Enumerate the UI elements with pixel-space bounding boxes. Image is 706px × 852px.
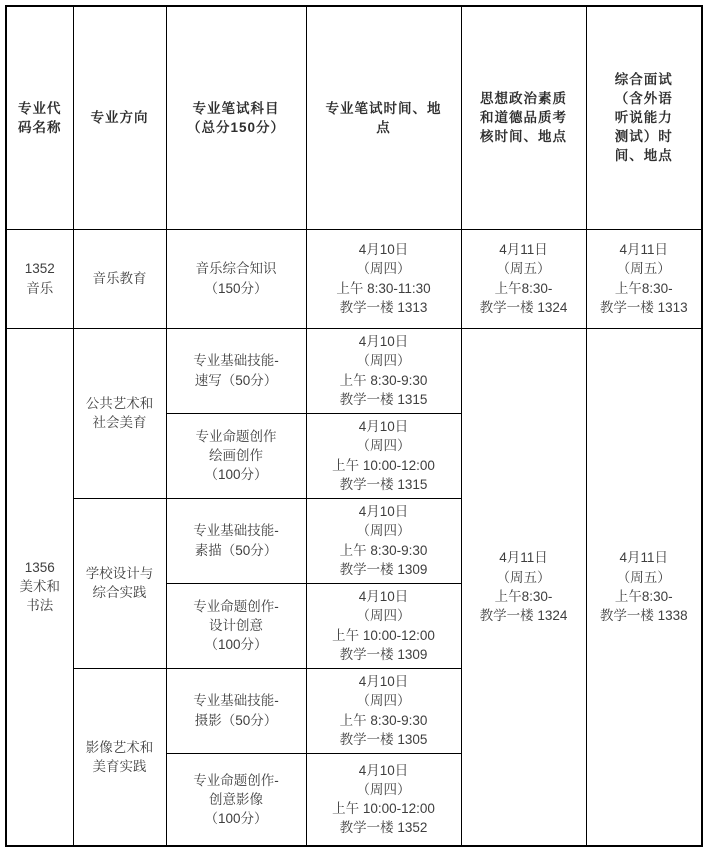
cell-music-direction: 音乐教育 xyxy=(73,229,166,328)
cell-art-direction-media: 影像艺术和 美育实践 xyxy=(73,668,166,846)
cell-subject-painting: 专业命题创作 绘画创作 （100分） xyxy=(166,413,306,498)
cell-music-moral-time: 4月11日 （周五） 上午8:30- 教学一楼 1324 xyxy=(461,229,586,328)
cell-subject-drawing: 专业基础技能- 素描（50分） xyxy=(166,498,306,583)
header-row: 专业代 码名称 专业方向 专业笔试科目 （总分150分） 专业笔试时间、地 点 … xyxy=(6,6,702,229)
cell-subject-sketching: 专业基础技能- 速写（50分） xyxy=(166,328,306,413)
table-row: 1356 美术和 书法 公共艺术和 社会美育 专业基础技能- 速写（50分） 4… xyxy=(6,328,702,413)
header-moral-assessment: 思想政治素质 和道德品质考 核时间、地点 xyxy=(461,6,586,229)
cell-subject-creative-imaging: 专业命题创作- 创意影像 （100分） xyxy=(166,753,306,846)
cell-written-time-photography: 4月10日 （周四） 上午 8:30-9:30 教学一楼 1305 xyxy=(306,668,461,753)
header-written-subject: 专业笔试科目 （总分150分） xyxy=(166,6,306,229)
cell-art-moral-time: 4月11日 （周五） 上午8:30- 教学一楼 1324 xyxy=(461,328,586,846)
cell-subject-design: 专业命题创作- 设计创意 （100分） xyxy=(166,583,306,668)
cell-art-direction-design: 学校设计与 综合实践 xyxy=(73,498,166,668)
table-row: 1352 音乐 音乐教育 音乐综合知识 （150分） 4月10日 （周四） 上午… xyxy=(6,229,702,328)
header-major-code: 专业代 码名称 xyxy=(6,6,73,229)
cell-music-written-time: 4月10日 （周四） 上午 8:30-11:30 教学一楼 1313 xyxy=(306,229,461,328)
cell-written-time-creative-imaging: 4月10日 （周四） 上午 10:00-12:00 教学一楼 1352 xyxy=(306,753,461,846)
cell-music-interview-time: 4月11日 （周五） 上午8:30- 教学一楼 1313 xyxy=(586,229,702,328)
cell-written-time-drawing: 4月10日 （周四） 上午 8:30-9:30 教学一楼 1309 xyxy=(306,498,461,583)
exam-schedule-table: 专业代 码名称 专业方向 专业笔试科目 （总分150分） 专业笔试时间、地 点 … xyxy=(5,5,703,847)
cell-written-time-sketching: 4月10日 （周四） 上午 8:30-9:30 教学一楼 1315 xyxy=(306,328,461,413)
header-major-direction: 专业方向 xyxy=(73,6,166,229)
cell-music-subject: 音乐综合知识 （150分） xyxy=(166,229,306,328)
cell-written-time-painting: 4月10日 （周四） 上午 10:00-12:00 教学一楼 1315 xyxy=(306,413,461,498)
cell-music-code: 1352 音乐 xyxy=(6,229,73,328)
cell-art-direction-public: 公共艺术和 社会美育 xyxy=(73,328,166,498)
header-written-time-place: 专业笔试时间、地 点 xyxy=(306,6,461,229)
header-comprehensive-interview: 综合面试 （含外语 听说能力 测试）时 间、地点 xyxy=(586,6,702,229)
cell-written-time-design: 4月10日 （周四） 上午 10:00-12:00 教学一楼 1309 xyxy=(306,583,461,668)
cell-art-interview-time: 4月11日 （周五） 上午8:30- 教学一楼 1338 xyxy=(586,328,702,846)
cell-art-code: 1356 美术和 书法 xyxy=(6,328,73,846)
cell-subject-photography: 专业基础技能- 摄影（50分） xyxy=(166,668,306,753)
exam-schedule-page: 专业代 码名称 专业方向 专业笔试科目 （总分150分） 专业笔试时间、地 点 … xyxy=(0,0,706,852)
